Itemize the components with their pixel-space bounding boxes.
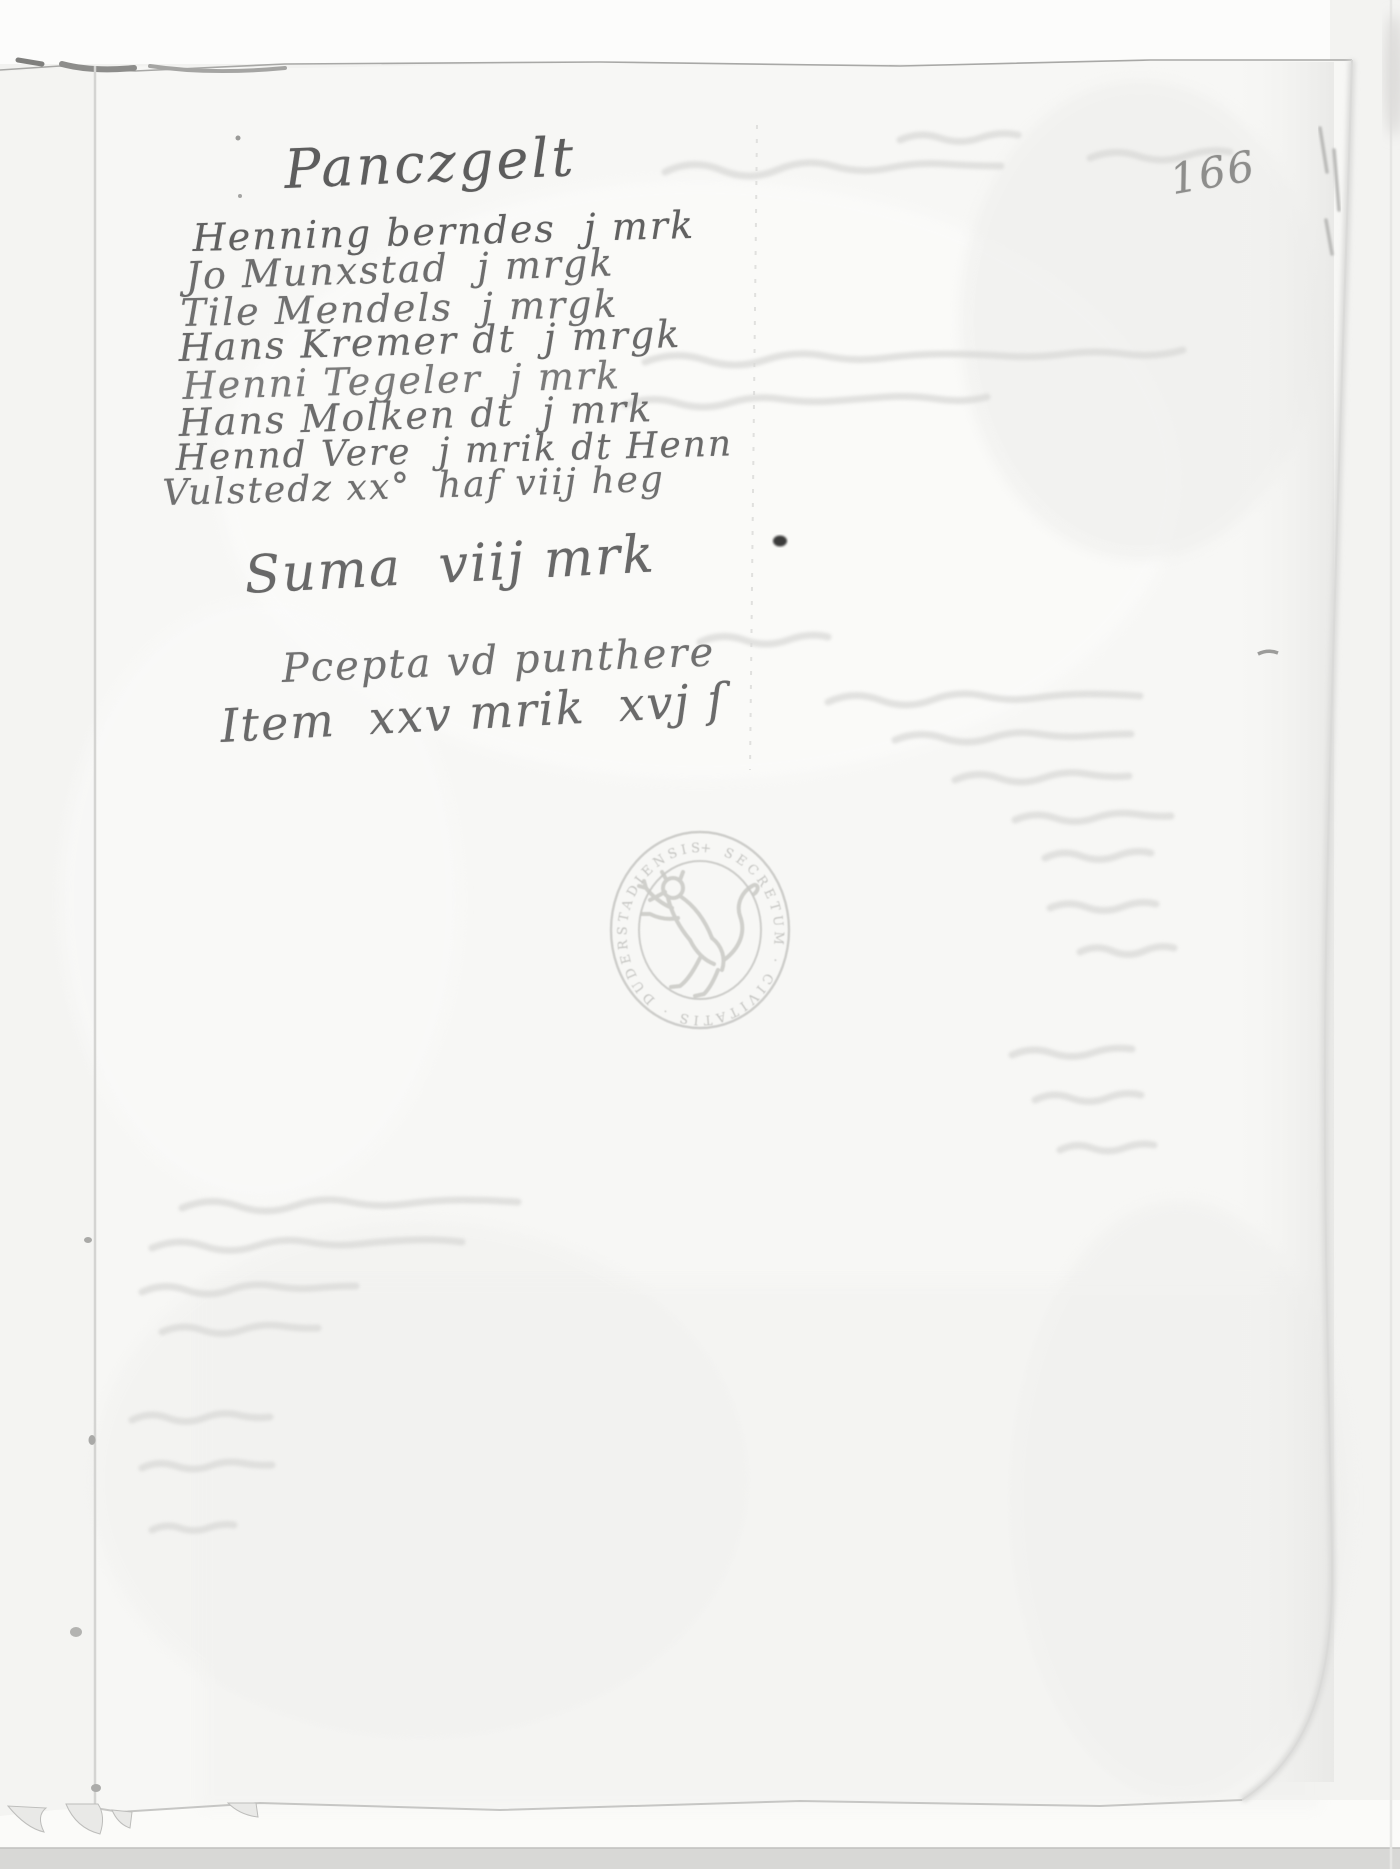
manuscript-scan: Panczgelt Henning berndes j mrk Jo Munxs… — [0, 0, 1400, 1869]
city-seal-stamp: + SECRETUM · CIVITATIS · DUDERSTADIENSIS — [600, 820, 800, 1040]
manuscript-heading: Panczgelt — [283, 125, 578, 201]
